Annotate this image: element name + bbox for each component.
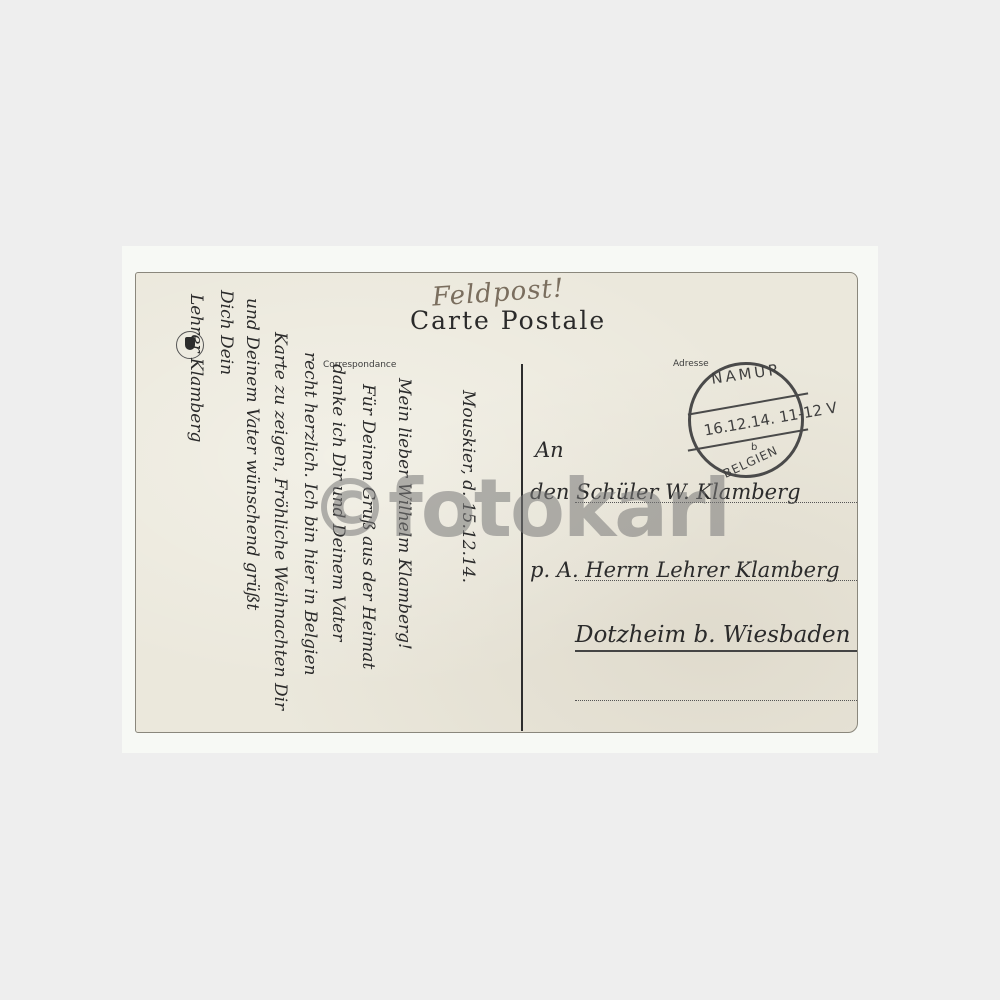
message-line: Lehrer Klamberg [186, 294, 206, 442]
address-rule [575, 580, 857, 581]
address-line-2: p. A. Herrn Lehrer Klamberg [530, 558, 840, 582]
address-rule [575, 700, 857, 701]
message-line: Dich Dein [216, 290, 236, 375]
postcard-title: Carte Postale [410, 306, 606, 335]
message-line: und Deinem Vater wünschend grüßt [242, 298, 262, 610]
address-line-3: Dotzheim b. Wiesbaden [575, 622, 850, 648]
message-line: Karte zu zeigen, Fröhliche Weihnachten D… [270, 332, 290, 710]
address-underline [575, 650, 857, 652]
address-label: Adresse [673, 359, 709, 369]
postmark-stamp: NAMUR 16.12.14. 11-12 V b BELGIEN [688, 362, 804, 478]
watermark: ©fotokarl [310, 462, 729, 555]
address-salutation: An [535, 438, 564, 462]
